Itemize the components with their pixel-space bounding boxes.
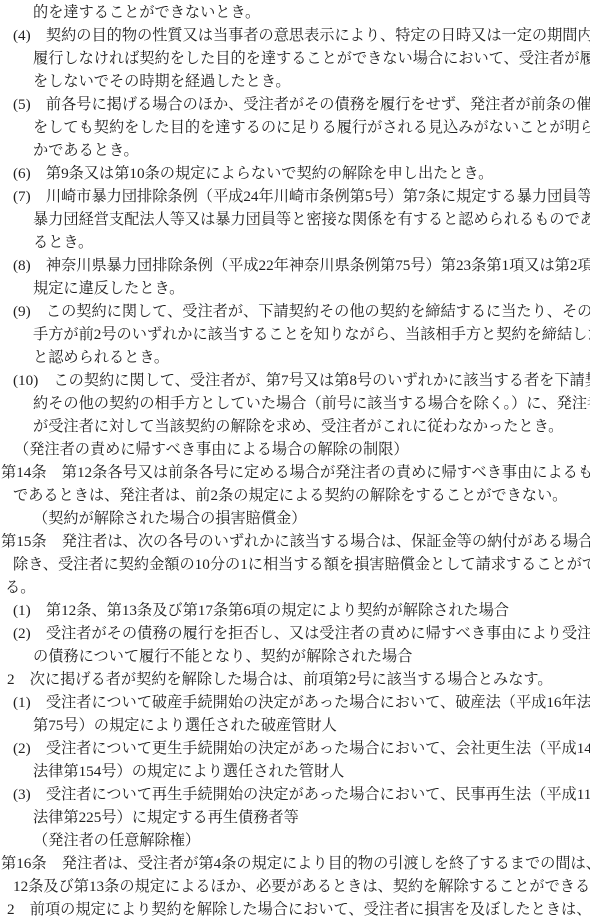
text-line: (8) 神奈川県暴力団排除条例（平成22年神奈川県条例第75号）第23条第1項又…	[0, 254, 590, 277]
text-line: 的を達することができないとき。	[0, 1, 590, 24]
text-line: (1) 受注者について破産手続開始の決定があった場合において、破産法（平成16年…	[0, 691, 590, 714]
text-line: 第16条 発注者は、受注者が第4条の規定により目的物の引渡しを終了するまでの間は…	[0, 852, 590, 875]
document-page: 的を達することができないとき。(4) 契約の目的物の性質又は当事者の意思表示によ…	[0, 0, 590, 921]
text-line: (4) 契約の目的物の性質又は当事者の意思表示により、特定の日時又は一定の期間内…	[0, 24, 590, 47]
text-line: (6) 第9条又は第10条の規定によらないで契約の解除を申し出たとき。	[0, 162, 590, 185]
text-line: (5) 前各号に掲げる場合のほか、受注者がその債務を履行をせず、発注者が前条の催…	[0, 93, 590, 116]
text-line: 履行しなければ契約をした目的を達することができない場合において、受注者が履行	[0, 47, 590, 70]
text-line: (7) 川崎市暴力団排除条例（平成24年川崎市条例第5号）第7条に規定する暴力団…	[0, 185, 590, 208]
text-line: (3) 受注者について再生手続開始の決定があった場合において、民事再生法（平成1…	[0, 783, 590, 806]
text-line: 暴力団経営支配法人等又は暴力団員等と密接な関係を有すると認められるものであ	[0, 208, 590, 231]
text-line: をしても契約をした目的を達するのに足りる履行がされる見込みがないことが明ら	[0, 116, 590, 139]
text-line: (9) この契約に関して、受注者が、下請契約その他の契約を締結するに当たり、その…	[0, 300, 590, 323]
text-line: 第75号）の規定により選任された破産管財人	[0, 714, 590, 737]
text-line: 法律第225号）に規定する再生債務者等	[0, 806, 590, 829]
text-line: 第14条 第12条各号又は前条各号に定める場合が発注者の責めに帰すべき事由による…	[0, 461, 590, 484]
text-line: （契約が解除された場合の損害賠償金）	[0, 507, 590, 530]
text-line: であるときは、発注者は、前2条の規定による契約の解除をすることができない。	[0, 484, 590, 507]
text-line: (2) 受注者がその債務の履行を拒否し、又は受注者の責めに帰すべき事由により受注…	[0, 622, 590, 645]
text-line: 法律第154号）の規定により選任された管財人	[0, 760, 590, 783]
text-line: 手方が前2号のいずれかに該当することを知りながら、当該相手方と契約を締結した	[0, 323, 590, 346]
text-line: (1) 第12条、第13条及び第17条第6項の規定により契約が解除された場合	[0, 599, 590, 622]
text-line: かであるとき。	[0, 139, 590, 162]
text-line: (2) 受注者について更生手続開始の決定があった場合において、会社更生法（平成1…	[0, 737, 590, 760]
text-line: 除き、受注者に契約金額の10分の1に相当する額を損害賠償金として請求することがで…	[0, 553, 590, 576]
text-line: （発注者の任意解除権）	[0, 829, 590, 852]
text-line: （発注者の責めに帰すべき事由による場合の解除の制限）	[0, 438, 590, 461]
text-line: 2 次に掲げる者が契約を解除した場合は、前項第2号に該当する場合とみなす。	[0, 668, 590, 691]
text-line: (10) この契約に関して、受注者が、第7号又は第8号のいずれかに該当する者を下…	[0, 369, 590, 392]
text-line: る。	[0, 576, 590, 599]
text-line: 約その他の契約の相手方としていた場合（前号に該当する場合を除く。）に、発注者	[0, 392, 590, 415]
text-line: の債務について履行不能となり、契約が解除された場合	[0, 645, 590, 668]
text-line: をしないでその時期を経過したとき。	[0, 70, 590, 93]
text-line: と認められるとき。	[0, 346, 590, 369]
text-line: が受注者に対して当該契約の解除を求め、受注者がこれに従わなかったとき。	[0, 415, 590, 438]
text-line: 規定に違反したとき。	[0, 277, 590, 300]
text-line: 第15条 発注者は、次の各号のいずれかに該当する場合は、保証金等の納付がある場合…	[0, 530, 590, 553]
text-line: 12条及び第13条の規定によるほか、必要があるときは、契約を解除することができる…	[0, 875, 590, 898]
document-body: 的を達することができないとき。(4) 契約の目的物の性質又は当事者の意思表示によ…	[0, 1, 590, 921]
text-line: るとき。	[0, 231, 590, 254]
text-line: 2 前項の規定により契約を解除した場合において、受注者に損害を及ぼしたときは、発	[0, 898, 590, 921]
